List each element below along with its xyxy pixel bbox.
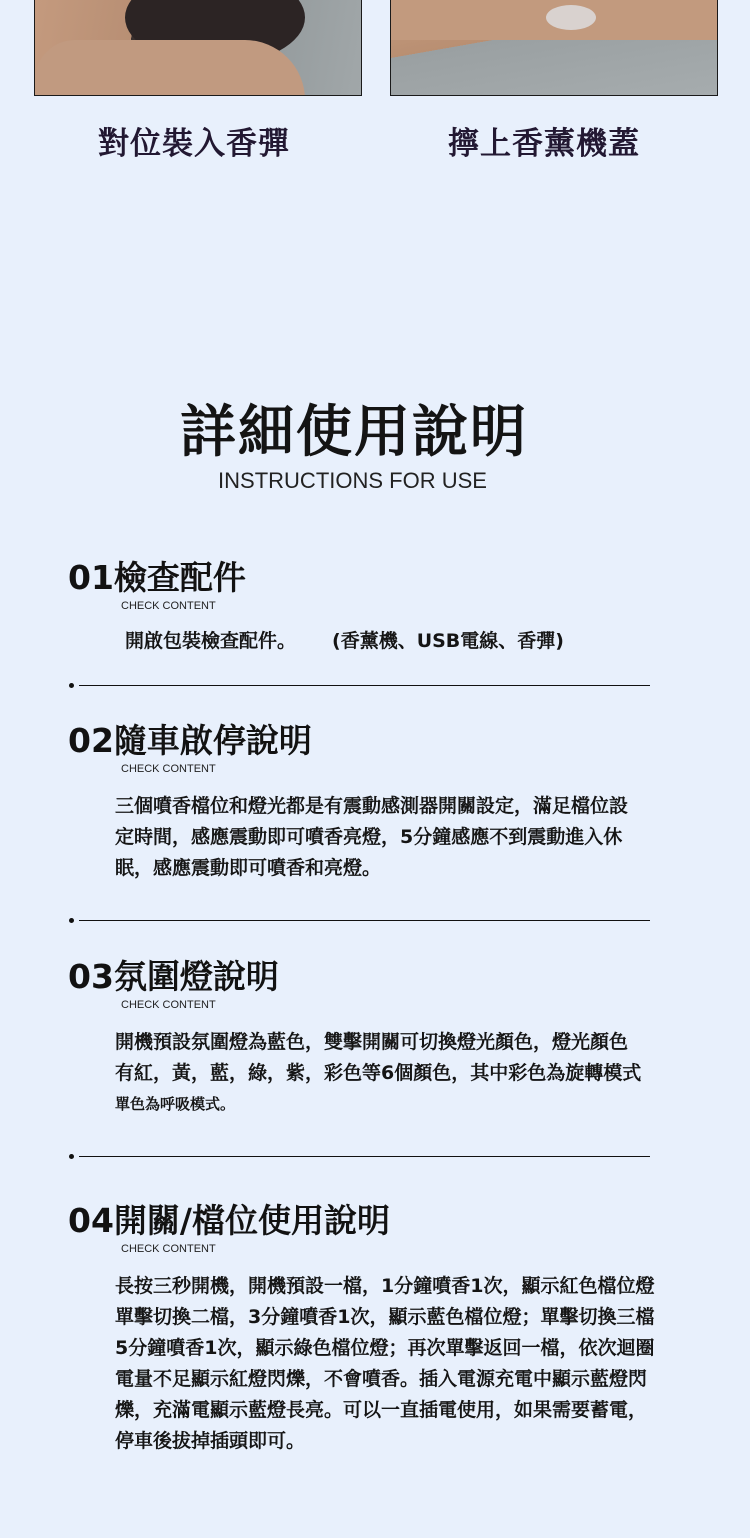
photo-screw-lid bbox=[390, 0, 718, 96]
divider-line bbox=[79, 685, 650, 686]
page-title: 詳細使用說明 bbox=[0, 388, 708, 468]
caption-screw-lid: 擰上香薰機蓋 bbox=[448, 118, 640, 163]
section-title: 03氛圍燈說明 bbox=[68, 957, 708, 997]
page-subtitle: INSTRUCTIONS FOR USE bbox=[0, 468, 705, 494]
divider bbox=[69, 917, 651, 923]
section-title: 01檢查配件 bbox=[68, 558, 708, 598]
body-line: 單色為呼吸模式。 bbox=[115, 1089, 715, 1120]
section-title: 02隨車啟停說明 bbox=[68, 721, 708, 761]
section-subtitle: CHECK CONTENT bbox=[121, 999, 708, 1011]
body-line: 單擊切換二檔，3分鐘噴香1次，顯示藍色檔位燈；單擊切換三檔 bbox=[115, 1302, 735, 1333]
divider-line bbox=[79, 1156, 650, 1157]
body-line: 爍，充滿電顯示藍燈長亮。可以一直插電使用，如果需要蓄電， bbox=[115, 1395, 735, 1426]
divider bbox=[69, 1153, 651, 1159]
section-body: 長按三秒開機，開機預設一檔，1分鐘噴香1次，顯示紅色檔位燈 單擊切換二檔，3分鐘… bbox=[115, 1271, 735, 1457]
body-line: 電量不足顯示紅燈閃爍，不會噴香。插入電源充電中顯示藍燈閃 bbox=[115, 1364, 735, 1395]
section-02-auto-start-stop: 02隨車啟停說明 CHECK CONTENT 三個噴香檔位和燈光都是有震動感測器… bbox=[68, 721, 708, 884]
section-body: 開機預設氛圍燈為藍色，雙擊開關可切換燈光顏色，燈光顏色 有紅，黃，藍，綠，紫，彩… bbox=[115, 1027, 715, 1120]
divider-line bbox=[79, 920, 650, 921]
body-line: 有紅，黃，藍，綠，紫，彩色等6個顏色，其中彩色為旋轉模式 bbox=[115, 1058, 715, 1089]
body-line: 停車後拔掉插頭即可。 bbox=[115, 1426, 735, 1457]
body-line: 三個噴香檔位和燈光都是有震動感測器開關設定，滿足檔位設 bbox=[115, 791, 695, 822]
hand-thumb bbox=[35, 40, 305, 96]
section-subtitle: CHECK CONTENT bbox=[121, 600, 708, 612]
section-body: 三個噴香檔位和燈光都是有震動感測器開關設定，滿足檔位設 定時間，感應震動即可噴香… bbox=[115, 791, 695, 884]
section-subtitle: CHECK CONTENT bbox=[121, 763, 708, 775]
body-main: 開啟包裝檢查配件。 bbox=[125, 630, 296, 652]
section-01-check-accessories: 01檢查配件 CHECK CONTENT 開啟包裝檢查配件。(香薰機、USB電線… bbox=[68, 558, 708, 657]
body-line: 定時間，感應震動即可噴香亮燈，5分鐘感應不到震動進入休 bbox=[115, 822, 695, 853]
body-line: 長按三秒開機，開機預設一檔，1分鐘噴香1次，顯示紅色檔位燈 bbox=[115, 1271, 735, 1302]
section-title: 04開關/檔位使用說明 bbox=[68, 1201, 708, 1241]
divider-dot bbox=[69, 1154, 74, 1159]
photo-insert-cartridge bbox=[34, 0, 362, 96]
section-03-ambient-light: 03氛圍燈說明 CHECK CONTENT 開機預設氛圍燈為藍色，雙擊開關可切換… bbox=[68, 957, 708, 1120]
body-line: 開機預設氛圍燈為藍色，雙擊開關可切換燈光顏色，燈光顏色 bbox=[115, 1027, 715, 1058]
section-body: 開啟包裝檢查配件。(香薰機、USB電線、香彈) bbox=[125, 626, 705, 657]
divider bbox=[69, 682, 651, 688]
body-line: 眠，感應震動即可噴香和亮燈。 bbox=[115, 853, 695, 884]
body-extra: (香薰機、USB電線、香彈) bbox=[332, 630, 564, 652]
cartridge-glint bbox=[546, 5, 596, 30]
divider-dot bbox=[69, 683, 74, 688]
section-subtitle: CHECK CONTENT bbox=[121, 1243, 708, 1255]
body-line: 5分鐘噴香1次，顯示綠色檔位燈；再次單擊返回一檔，依次迴圈 bbox=[115, 1333, 735, 1364]
section-04-switch-gear: 04開關/檔位使用說明 CHECK CONTENT 長按三秒開機，開機預設一檔，… bbox=[68, 1201, 708, 1457]
caption-insert-cartridge: 對位裝入香彈 bbox=[98, 118, 290, 163]
divider-dot bbox=[69, 918, 74, 923]
